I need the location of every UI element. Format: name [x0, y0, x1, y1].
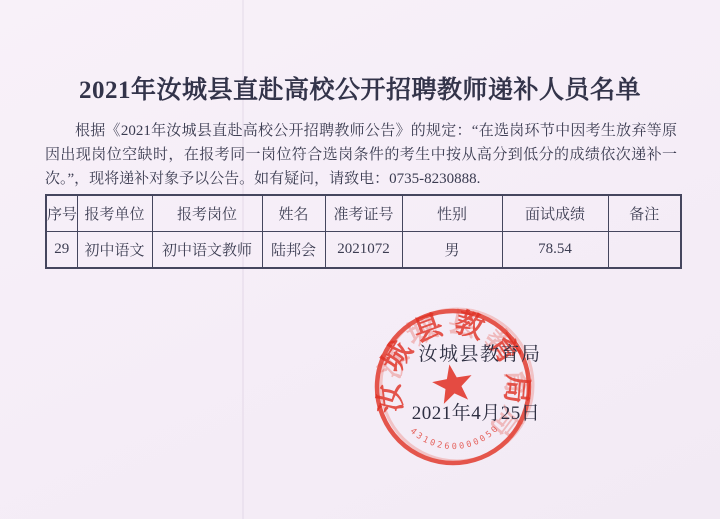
replacement-candidates-table: 序号 报考单位 报考岗位 姓名 准考证号 性别 面试成绩 备注 29 初中语文 …: [45, 194, 682, 269]
col-header-interview-score: 面试成绩: [502, 195, 608, 231]
notice-paragraph: 根据《2021年汝城县直赴高校公开招聘教师公告》的规定：“在选岗环节中因考生放弃…: [45, 119, 677, 191]
page-title: 2021年汝城县直赴高校公开招聘教师递补人员名单: [0, 70, 720, 106]
cell-interview-score: 78.54: [502, 231, 608, 268]
cell-gender: 男: [402, 231, 502, 268]
col-header-gender: 性别: [402, 195, 502, 231]
issuer-name: 汝城县教育局: [405, 339, 555, 366]
official-seal: 汝城县教育局 汝城县教育局 4310260000050: [353, 287, 553, 487]
col-header-admission-ticket-no: 准考证号: [325, 195, 402, 231]
table-header-row: 序号 报考单位 报考岗位 姓名 准考证号 性别 面试成绩 备注: [46, 195, 681, 231]
col-header-applied-unit: 报考单位: [77, 195, 152, 231]
table-row: 29 初中语文 初中语文教师 陆邦会 2021072 男 78.54: [46, 231, 681, 268]
col-header-serial-no: 序号: [46, 195, 77, 231]
cell-name: 陆邦会: [262, 231, 325, 268]
col-header-remarks: 备注: [608, 195, 681, 231]
cell-applied-post: 初中语文教师: [152, 231, 262, 268]
cell-admission-ticket-no: 2021072: [325, 231, 402, 268]
col-header-applied-post: 报考岗位: [152, 195, 262, 231]
issue-date: 2021年4月25日: [396, 398, 556, 425]
cell-serial-no: 29: [46, 231, 77, 268]
seal-arc-text-ghost: 汝城县教育局: [369, 287, 553, 453]
cell-applied-unit: 初中语文: [77, 231, 152, 268]
col-header-name: 姓名: [262, 195, 325, 231]
cell-remarks: [608, 231, 681, 268]
document-page: 2021年汝城县直赴高校公开招聘教师递补人员名单 根据《2021年汝城县直赴高校…: [0, 0, 720, 519]
